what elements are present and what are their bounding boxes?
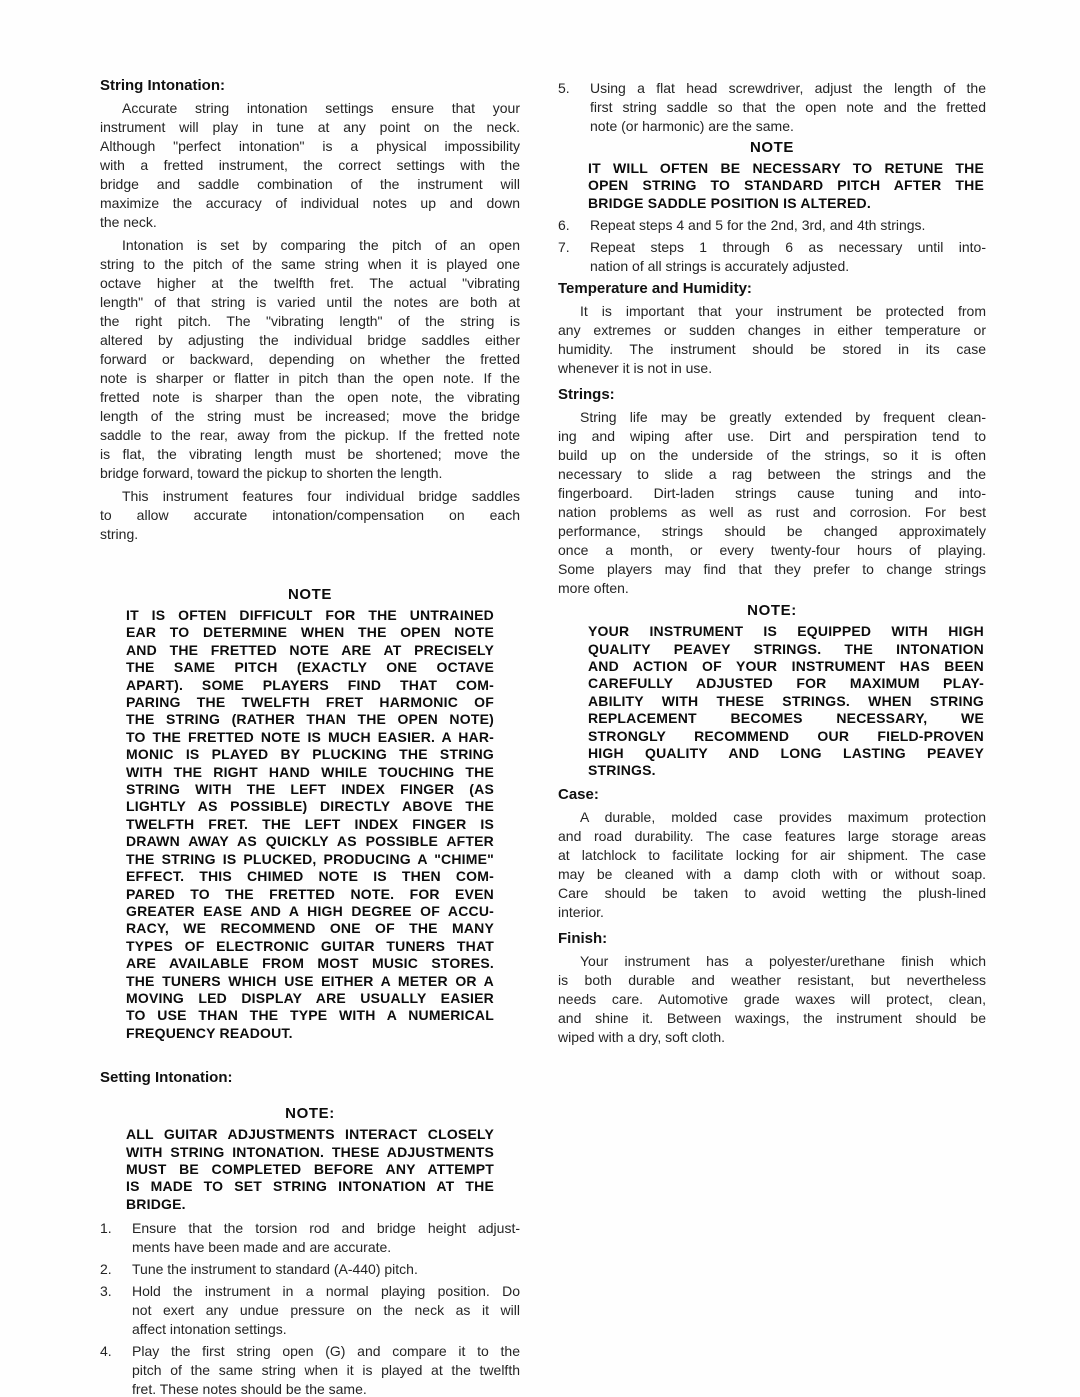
text-line: first string saddle so that the open not… xyxy=(590,98,986,117)
right-column: 5.Using a flat head screwdriver, adjust … xyxy=(558,76,986,1051)
list-item-text: Tune the instrument to standard (A-440) … xyxy=(132,1260,520,1279)
text-line: GREATER EASE AND A HIGH DEGREE OF ACCU- xyxy=(126,903,494,920)
text-line: and road durability. The case features l… xyxy=(558,827,986,846)
text-line: AND THE FRETTED NOTE ARE AT PRECISELY xyxy=(126,642,494,659)
text-line: and shine it. Between waxings, the instr… xyxy=(558,1009,986,1028)
text-line: length of the string must be increased; … xyxy=(100,407,520,426)
text-line: IS MADE TO SET STRING INTONATION AT THE xyxy=(126,1178,494,1195)
text-line: BRIDGE. xyxy=(126,1196,494,1213)
list-item-number: 3. xyxy=(100,1282,132,1339)
manual-page: String Intonation:Accurate string intona… xyxy=(0,0,1080,1397)
paragraph: Your instrument has a polyester/urethane… xyxy=(558,952,986,1047)
list-item-number: 4. xyxy=(100,1342,132,1397)
text-line: A durable, molded case provides maximum … xyxy=(558,808,986,827)
text-line: any extremes or sudden changes in either… xyxy=(558,321,986,340)
text-line: Care should be taken to avoid wetting th… xyxy=(558,884,986,903)
list-item-text: Hold the instrument in a normal playing … xyxy=(132,1282,520,1339)
text-line: nation problems as well as rust and corr… xyxy=(558,503,986,522)
text-line: interior. xyxy=(558,903,986,922)
list-item-text: Repeat steps 4 and 5 for the 2nd, 3rd, a… xyxy=(590,216,986,235)
text-line: IT WILL OFTEN BE NECESSARY TO RETUNE THE xyxy=(588,160,984,177)
list-item: 7.Repeat steps 1 through 6 as necessary … xyxy=(558,238,986,276)
text-line: STRONGLY RECOMMEND OUR FIELD-PROVEN xyxy=(588,728,984,745)
list-item: 5.Using a flat head screwdriver, adjust … xyxy=(558,79,986,136)
text-line: humidity. The instrument should be store… xyxy=(558,340,986,359)
text-line: Although "perfect intonation" is a physi… xyxy=(100,137,520,156)
text-line: necessary to slide a rag between the str… xyxy=(558,465,986,484)
text-line: PARED TO THE FRETTED NOTE. FOR EVEN xyxy=(126,886,494,903)
text-line: build up on the underside of the strings… xyxy=(558,446,986,465)
text-line: nation of all strings is accurately adju… xyxy=(590,257,986,276)
text-line: TWELFTH FRET. THE LEFT INDEX FINGER IS xyxy=(126,816,494,833)
text-line: fretted note is sharper than the open no… xyxy=(100,388,520,407)
section-heading: String Intonation: xyxy=(100,76,520,95)
text-line: THE STRING (RATHER THAN THE OPEN NOTE) xyxy=(126,711,494,728)
text-line: IT IS OFTEN DIFFICULT FOR THE UNTRAINED xyxy=(126,607,494,624)
text-line: MUST BE COMPLETED BEFORE ANY ATTEMPT xyxy=(126,1161,494,1178)
list-item-text: Play the first string open (G) and compa… xyxy=(132,1342,520,1397)
text-line: length" of that string is varied until t… xyxy=(100,293,520,312)
list-item-number: 7. xyxy=(558,238,590,276)
text-line: Play the first string open (G) and compa… xyxy=(132,1342,520,1361)
text-line: string. xyxy=(100,525,520,544)
text-line: EAR TO DETERMINE WHEN THE OPEN NOTE xyxy=(126,624,494,641)
text-line: Your instrument has a polyester/urethane… xyxy=(558,952,986,971)
paragraph: This instrument features four individual… xyxy=(100,487,520,544)
list-item-text: Using a flat head screwdriver, adjust th… xyxy=(590,79,986,136)
text-line: String life may be greatly extended by f… xyxy=(558,408,986,427)
text-line: THE SAME PITCH (EXACTLY ONE OCTAVE xyxy=(126,659,494,676)
list-item-number: 2. xyxy=(100,1260,132,1279)
text-line: This instrument features four individual… xyxy=(100,487,520,506)
text-line: may be cleaned with a damp cloth with or… xyxy=(558,865,986,884)
text-line: fret. These notes should be the same. xyxy=(132,1380,520,1397)
text-line: once a month, or every twenty-four hours… xyxy=(558,541,986,560)
note-heading: NOTE: xyxy=(558,602,986,620)
text-line: forward or backward, depending on whethe… xyxy=(100,350,520,369)
text-line: Hold the instrument in a normal playing … xyxy=(132,1282,520,1301)
list-item-number: 6. xyxy=(558,216,590,235)
text-line: STRING WITH THE LEFT INDEX FINGER (AS xyxy=(126,781,494,798)
text-line: HIGH QUALITY AND LONG LASTING PEAVEY xyxy=(588,745,984,762)
text-line: ARE AVAILABLE FROM MOST MUSIC STORES. xyxy=(126,955,494,972)
note-body: YOUR INSTRUMENT IS EQUIPPED WITH HIGHQUA… xyxy=(588,623,984,780)
text-line: QUALITY PEAVEY STRINGS. THE INTONATION xyxy=(588,641,984,658)
text-line: Repeat steps 1 through 6 as necessary un… xyxy=(590,238,986,257)
text-line: WITH STRING INTONATION. THESE ADJUSTMENT… xyxy=(126,1144,494,1161)
text-line: THE TUNERS WHICH USE EITHER A METER OR A xyxy=(126,973,494,990)
text-line: PARING THE TWELFTH FRET HARMONIC OF xyxy=(126,694,494,711)
text-line: note is sharper or flatter in pitch than… xyxy=(100,369,520,388)
text-line: MONIC IS PLAYED BY PLUCKING THE STRING xyxy=(126,746,494,763)
text-line: ing and wiping after use. Dirt and persp… xyxy=(558,427,986,446)
text-line: Ensure that the torsion rod and bridge h… xyxy=(132,1219,520,1238)
text-line: the neck. xyxy=(100,213,520,232)
text-line: altered by adjusting the individual brid… xyxy=(100,331,520,350)
list-item: 4.Play the first string open (G) and com… xyxy=(100,1342,520,1397)
text-line: OPEN STRING TO STANDARD PITCH AFTER THE xyxy=(588,177,984,194)
text-line: AND ACTION OF YOUR INSTRUMENT HAS BEEN xyxy=(588,658,984,675)
list-item: 6.Repeat steps 4 and 5 for the 2nd, 3rd,… xyxy=(558,216,986,235)
list-item-text: Ensure that the torsion rod and bridge h… xyxy=(132,1219,520,1257)
note-heading: NOTE xyxy=(558,139,986,157)
text-line: LIGHTLY AS POSSIBLE) DIRECTLY ABOVE THE xyxy=(126,798,494,815)
text-line: more often. xyxy=(558,579,986,598)
section-heading: Temperature and Humidity: xyxy=(558,279,986,298)
paragraph: It is important that your instrument be … xyxy=(558,302,986,378)
section-heading: Setting Intonation: xyxy=(100,1068,520,1087)
note-body: ALL GUITAR ADJUSTMENTS INTERACT CLOSELYW… xyxy=(126,1126,494,1213)
text-line: DRAWN AWAY AS QUICKLY AS POSSIBLE AFTER xyxy=(126,833,494,850)
list-item: 3.Hold the instrument in a normal playin… xyxy=(100,1282,520,1339)
text-line: whenever it is not in use. xyxy=(558,359,986,378)
text-line: Repeat steps 4 and 5 for the 2nd, 3rd, a… xyxy=(590,216,986,235)
text-line: not exert any undue pressure on the neck… xyxy=(132,1301,520,1320)
list-item-number: 5. xyxy=(558,79,590,136)
text-line: APART). SOME PLAYERS FIND THAT COM- xyxy=(126,677,494,694)
text-line: Intonation is set by comparing the pitch… xyxy=(100,236,520,255)
text-line: at latchlock to facilitate locking for a… xyxy=(558,846,986,865)
text-line: STRINGS. xyxy=(588,762,984,779)
text-line: octave higher at the twelfth fret. The a… xyxy=(100,274,520,293)
text-line: ALL GUITAR ADJUSTMENTS INTERACT CLOSELY xyxy=(126,1126,494,1143)
text-line: REPLACEMENT BECOMES NECESSARY, WE xyxy=(588,710,984,727)
text-line: Accurate string intonation settings ensu… xyxy=(100,99,520,118)
text-line: Using a flat head screwdriver, adjust th… xyxy=(590,79,986,98)
text-line: TYPES OF ELECTRONIC GUITAR TUNERS THAT xyxy=(126,938,494,955)
list-item-number: 1. xyxy=(100,1219,132,1257)
text-line: ments have been made and are accurate. xyxy=(132,1238,520,1257)
text-line: bridge and saddle combination of the ins… xyxy=(100,175,520,194)
text-line: EFFECT. THIS CHIMED NOTE IS THEN COM- xyxy=(126,868,494,885)
text-line: note (or harmonic) are the same. xyxy=(590,117,986,136)
text-line: maximize the accuracy of individual note… xyxy=(100,194,520,213)
section-heading: Finish: xyxy=(558,929,986,948)
text-line: WITH THE RIGHT HAND WHILE TOUCHING THE xyxy=(126,764,494,781)
text-line: Some players may find that they prefer t… xyxy=(558,560,986,579)
text-line: is flat, the vibrating length must be sh… xyxy=(100,445,520,464)
text-line: saddle to the rear, away from the pickup… xyxy=(100,426,520,445)
list-item-text: Repeat steps 1 through 6 as necessary un… xyxy=(590,238,986,276)
text-line: to allow accurate intonation/compensatio… xyxy=(100,506,520,525)
text-line: It is important that your instrument be … xyxy=(558,302,986,321)
text-line: affect intonation settings. xyxy=(132,1320,520,1339)
text-line: wiped with a dry, soft cloth. xyxy=(558,1028,986,1047)
text-line: MOVING LED DISPLAY ARE USUALLY EASIER xyxy=(126,990,494,1007)
text-line: THE STRING IS PLUCKED, PRODUCING A "CHIM… xyxy=(126,851,494,868)
text-line: with a fretted instrument, the correct s… xyxy=(100,156,520,175)
section-heading: Case: xyxy=(558,785,986,804)
text-line: needs care. Automotive grade waxes will … xyxy=(558,990,986,1009)
text-line: fingerboard. Dirt-laden strings cause tu… xyxy=(558,484,986,503)
paragraph: String life may be greatly extended by f… xyxy=(558,408,986,598)
note-heading: NOTE xyxy=(100,586,520,604)
paragraph: Accurate string intonation settings ensu… xyxy=(100,99,520,232)
text-line: FREQUENCY READOUT. xyxy=(126,1025,494,1042)
paragraph: Intonation is set by comparing the pitch… xyxy=(100,236,520,483)
text-line: TO USE THAN THE TYPE WITH A NUMERICAL xyxy=(126,1007,494,1024)
list-item: 1.Ensure that the torsion rod and bridge… xyxy=(100,1219,520,1257)
text-line: ABILITY WITH THESE STRINGS. WHEN STRING xyxy=(588,693,984,710)
text-line: Tune the instrument to standard (A-440) … xyxy=(132,1260,520,1279)
section-heading: Strings: xyxy=(558,385,986,404)
text-line: is both durable and weather resistant, b… xyxy=(558,971,986,990)
text-line: instrument will play in tune at any poin… xyxy=(100,118,520,137)
text-line: pitch of the same string when it is play… xyxy=(132,1361,520,1380)
text-line: RACY, WE RECOMMEND ONE OF THE MANY xyxy=(126,920,494,937)
text-line: performance, strings should be changed a… xyxy=(558,522,986,541)
note-heading: NOTE: xyxy=(100,1105,520,1123)
text-line: string to the pitch of the same string w… xyxy=(100,255,520,274)
text-line: TO THE FRETTED NOTE IS MUCH EASIER. A HA… xyxy=(126,729,494,746)
left-column: String Intonation:Accurate string intona… xyxy=(100,76,520,1397)
text-line: bridge forward, toward the pickup to sho… xyxy=(100,464,520,483)
note-body: IT WILL OFTEN BE NECESSARY TO RETUNE THE… xyxy=(588,160,984,212)
text-line: CAREFULLY ADJUSTED FOR MAXIMUM PLAY- xyxy=(588,675,984,692)
text-line: the right pitch. The "vibrating length" … xyxy=(100,312,520,331)
text-line: BRIDGE SADDLE POSITION IS ALTERED. xyxy=(588,195,984,212)
list-item: 2.Tune the instrument to standard (A-440… xyxy=(100,1260,520,1279)
note-body: IT IS OFTEN DIFFICULT FOR THE UNTRAINEDE… xyxy=(126,607,494,1042)
text-line: YOUR INSTRUMENT IS EQUIPPED WITH HIGH xyxy=(588,623,984,640)
paragraph: A durable, molded case provides maximum … xyxy=(558,808,986,922)
two-column-layout: String Intonation:Accurate string intona… xyxy=(0,0,1080,1397)
